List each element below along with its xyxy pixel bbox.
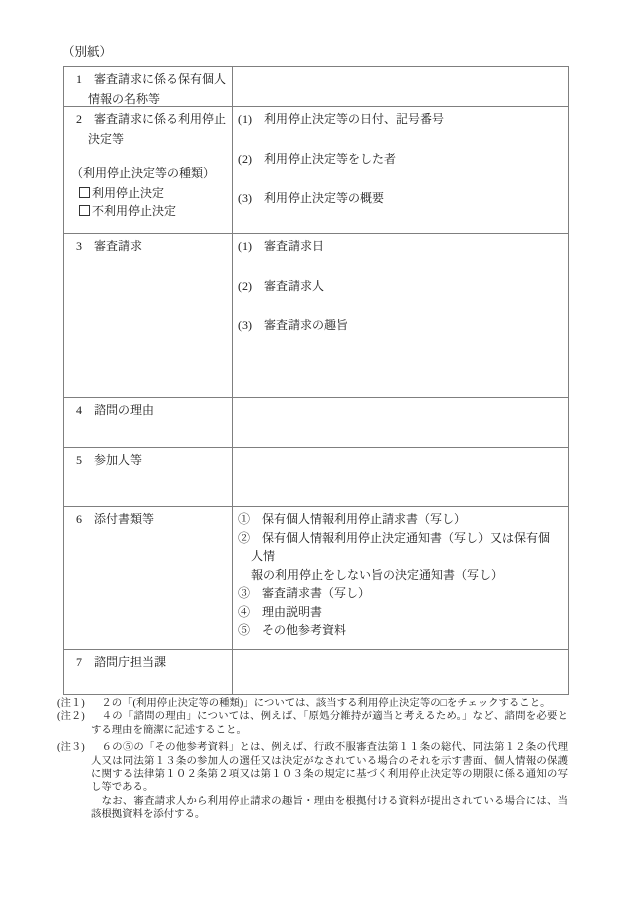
note-2-paragraph: ４の「諮問の理由」については、例えば、「原処分維持が適当と考えるため。」など、諮…	[91, 710, 568, 737]
note-1-paragraph: ２の「(利用停止決定等の種類)」については、該当する利用停止決定等の□をチェック…	[91, 697, 568, 710]
row7-entry-cell	[233, 649, 568, 694]
row3-label-cell: 3 審査請求	[64, 233, 233, 397]
document-page: （別紙） 1 審査請求に係る保有個人 情報の名称等 2 審査請求に係る利用停止 …	[0, 0, 630, 903]
note-1: (注１) ２の「(利用停止決定等の種類)」については、該当する利用停止決定等の□…	[57, 697, 568, 710]
row2-kinds-header: （利用停止決定等の種類）	[71, 164, 226, 184]
attachment-item-5: ⑤ その他参考資料	[238, 621, 560, 640]
note-2: (注２) ４の「諮問の理由」については、例えば、「原処分維持が適当と考えるため。…	[57, 710, 568, 737]
row3-item-3: (3) 審査請求の趣旨	[238, 316, 560, 336]
row2-item-1: (1) 利用停止決定等の日付、記号番号	[238, 110, 560, 130]
row3-title: 3 審査請求	[76, 237, 226, 257]
row3-item-1: (1) 審査請求日	[238, 237, 560, 257]
row2-item-2: (2) 利用停止決定等をした者	[238, 150, 560, 170]
row6-label-cell: 6 添付書類等	[64, 506, 233, 649]
row1-entry-cell	[233, 67, 568, 106]
row2-item-3: (3) 利用停止決定等の概要	[238, 189, 560, 209]
checkbox-label-riyou-teishi-kettei: 利用停止決定	[92, 184, 164, 202]
checkbox-option-furiyou-teishi-kettei: 不利用停止決定	[79, 202, 226, 220]
row1-title: 1 審査請求に係る保有個人 情報の名称等	[76, 70, 226, 106]
form-table: 1 審査請求に係る保有個人 情報の名称等 2 審査請求に係る利用停止 決定等 （…	[63, 66, 569, 695]
note-3-label: (注３)	[57, 741, 91, 821]
row7-label-cell: 7 諮問庁担当課	[64, 649, 233, 694]
row5-title: 5 参加人等	[76, 451, 226, 471]
row3-entry-cell: (1) 審査請求日 (2) 審査請求人 (3) 審査請求の趣旨	[233, 233, 568, 397]
attachment-item-3: ③ 審査請求書（写し）	[238, 584, 560, 603]
checkbox-label-furiyou-teishi-kettei: 不利用停止決定	[92, 202, 176, 220]
note-2-body: ４の「諮問の理由」については、例えば、「原処分維持が適当と考えるため。」など、諮…	[91, 710, 568, 737]
row6-title: 6 添付書類等	[76, 510, 226, 530]
attachment-label: （別紙）	[62, 44, 112, 60]
note-2-label: (注２)	[57, 710, 91, 737]
row3-item-2: (2) 審査請求人	[238, 277, 560, 297]
attachment-item-2: ② 保有個人情報利用停止決定通知書（写し）又は保有個人情 報の利用停止をしない旨…	[238, 529, 560, 585]
row4-entry-cell	[233, 397, 568, 447]
note-1-label: (注１)	[57, 697, 91, 710]
note-3-paragraph-1: ６の⑤の「その他参考資料」とは、例えば、行政不服審査法第１１条の総代、同法第１２…	[91, 741, 568, 795]
row2-title: 2 審査請求に係る利用停止 決定等	[76, 110, 226, 149]
note-3-body: ６の⑤の「その他参考資料」とは、例えば、行政不服審査法第１１条の総代、同法第１２…	[91, 741, 568, 821]
row4-label-cell: 4 諮問の理由	[64, 397, 233, 447]
row1-label-cell: 1 審査請求に係る保有個人 情報の名称等	[64, 67, 233, 106]
row6-entry-cell: ① 保有個人情報利用停止請求書（写し） ② 保有個人情報利用停止決定通知書（写し…	[233, 506, 568, 649]
note-3: (注３) ６の⑤の「その他参考資料」とは、例えば、行政不服審査法第１１条の総代、…	[57, 741, 568, 821]
checkbox-furiyou-teishi-kettei[interactable]	[79, 205, 90, 216]
attachment-item-4: ④ 理由説明書	[238, 603, 560, 622]
attachment-item-1: ① 保有個人情報利用停止請求書（写し）	[238, 510, 560, 529]
checkbox-option-riyou-teishi-kettei: 利用停止決定	[79, 184, 226, 202]
note-1-body: ２の「(利用停止決定等の種類)」については、該当する利用停止決定等の□をチェック…	[91, 697, 568, 710]
row2-label-cell: 2 審査請求に係る利用停止 決定等 （利用停止決定等の種類） 利用停止決定 不利…	[64, 106, 233, 233]
note-3-paragraph-2: なお、審査請求人から利用停止請求の趣旨・理由を根拠付ける資料が提出されている場合…	[91, 795, 568, 822]
row5-entry-cell	[233, 447, 568, 506]
checkbox-riyou-teishi-kettei[interactable]	[79, 187, 90, 198]
notes-section: (注１) ２の「(利用停止決定等の種類)」については、該当する利用停止決定等の□…	[57, 697, 568, 822]
row5-label-cell: 5 参加人等	[64, 447, 233, 506]
row2-entry-cell: (1) 利用停止決定等の日付、記号番号 (2) 利用停止決定等をした者 (3) …	[233, 106, 568, 233]
row7-title: 7 諮問庁担当課	[76, 653, 226, 673]
row4-title: 4 諮問の理由	[76, 401, 226, 421]
